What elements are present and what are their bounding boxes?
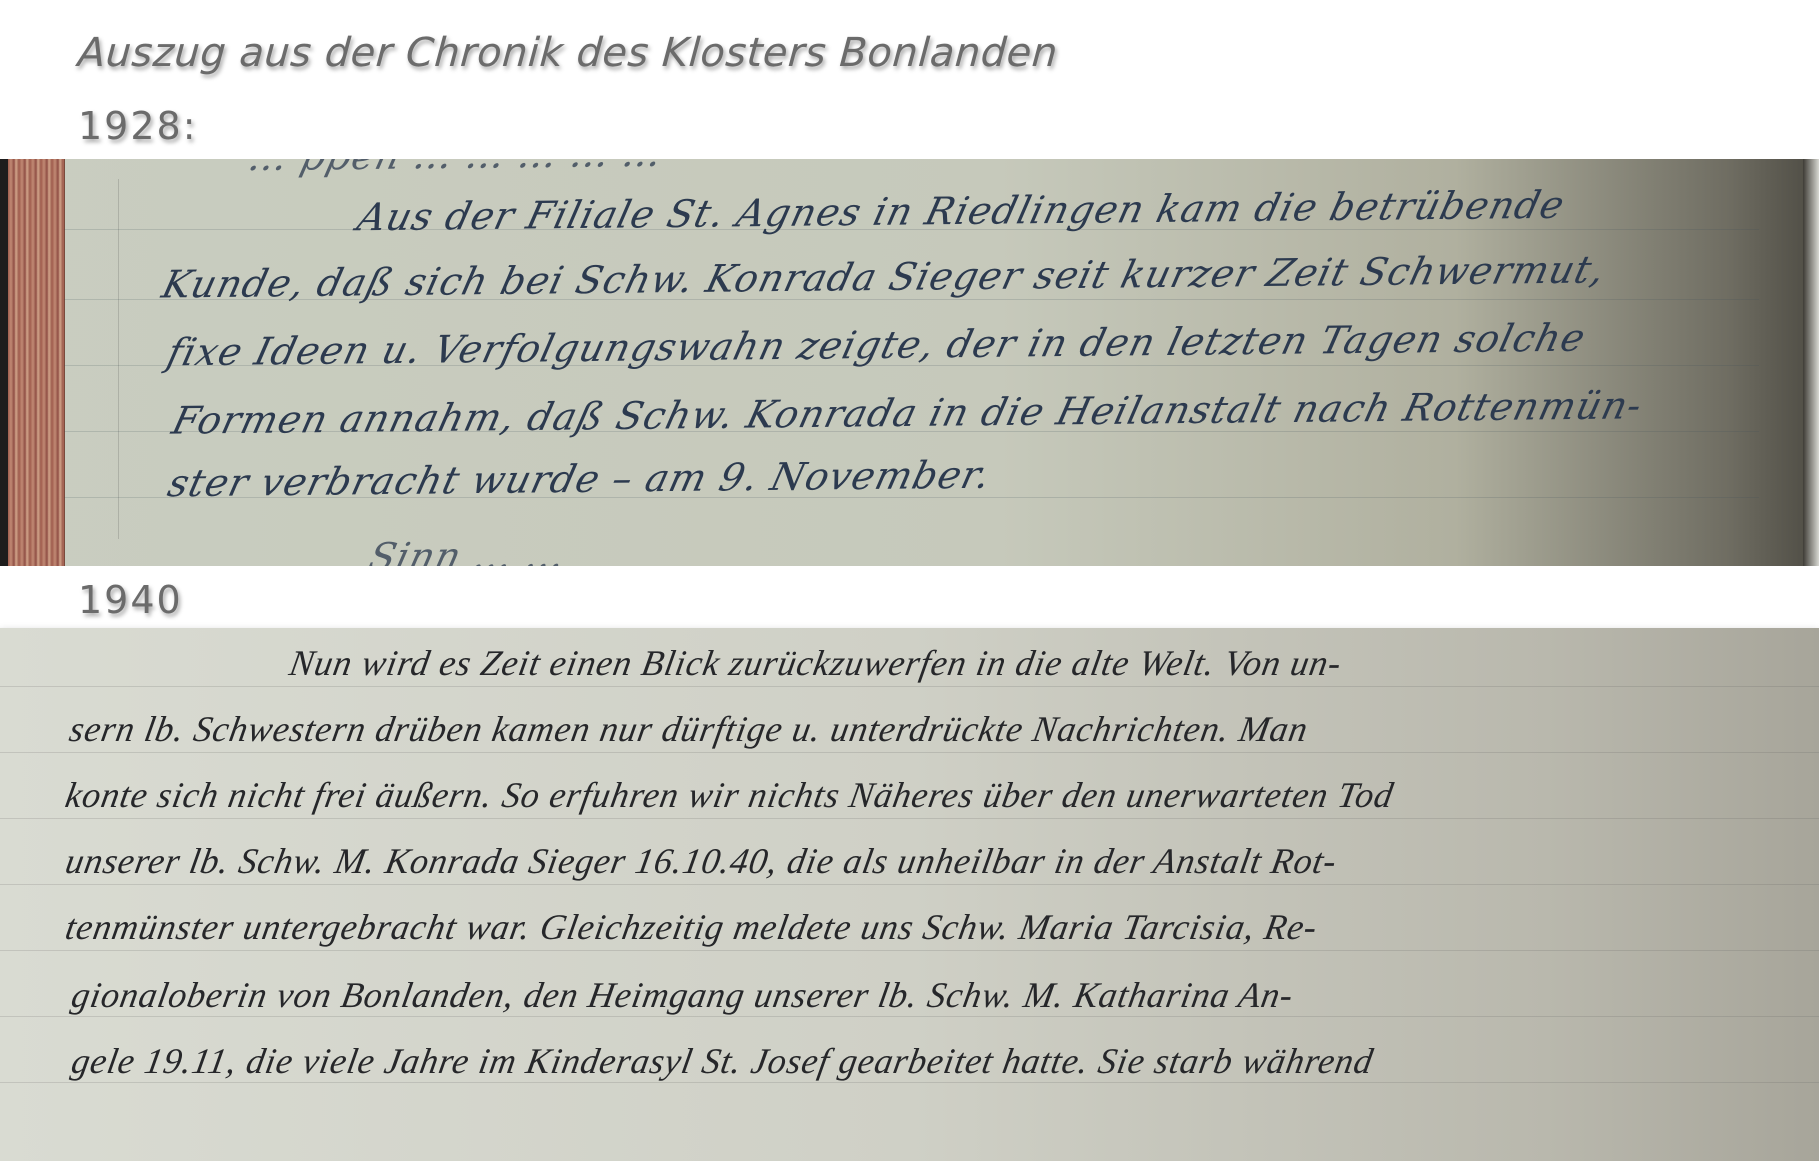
handwritten-line: Aus der Filiale St. Agnes in Riedlingen …	[353, 183, 1569, 240]
handwritten-line: konte sich nicht frei äußern. So erfuhre…	[62, 774, 1397, 816]
handwritten-line: sern lb. Schwestern drüben kamen nur dür…	[66, 708, 1311, 750]
handwritten-line: unserer lb. Schw. M. Konrada Sieger 16.1…	[62, 840, 1340, 882]
handwritten-line: gele 19.11, die viele Jahre im Kinderasy…	[68, 1040, 1376, 1082]
handwritten-line: tenmünster untergebracht war. Gleichzeit…	[62, 906, 1321, 948]
document-title: Auszug aus der Chronik des Klosters Bonl…	[76, 30, 1059, 76]
handwritten-line: ster verbracht wurde – am 9. November.	[164, 453, 996, 506]
chronicle-page-photo-1928: … ppen … … … … … Aus der Filiale St. Agn…	[0, 159, 1819, 566]
ruled-line	[0, 686, 1819, 687]
handwritten-line: gionaloberin von Bonlanden, den Heimgang…	[68, 974, 1297, 1016]
handwritten-line-cut-bottom: Sinn … …	[364, 533, 570, 566]
handwritten-line: Formen annahm, daß Schw. Konrada in die …	[168, 383, 1647, 442]
handwritten-line: Nun wird es Zeit einen Blick zurückzuwer…	[286, 642, 1345, 684]
ruled-line	[0, 818, 1819, 819]
ruled-line	[0, 1016, 1819, 1017]
book-binding	[0, 159, 8, 566]
ruled-line	[0, 950, 1819, 951]
ruled-line	[0, 752, 1819, 753]
ruled-line	[0, 884, 1819, 885]
margin-line	[118, 179, 119, 539]
year-label-1940: 1940	[78, 578, 183, 622]
page-right-edge	[1803, 159, 1819, 566]
year-label-1928: 1928:	[78, 104, 198, 148]
handwritten-line-cut-top: … ppen … … … … …	[244, 159, 668, 179]
page-edges	[8, 159, 65, 566]
chronicle-page-photo-1940: Nun wird es Zeit einen Blick zurückzuwer…	[0, 628, 1819, 1161]
ruled-line	[0, 1082, 1819, 1083]
handwritten-line: Kunde, daß sich bei Schw. Konrada Sieger…	[158, 247, 1610, 306]
